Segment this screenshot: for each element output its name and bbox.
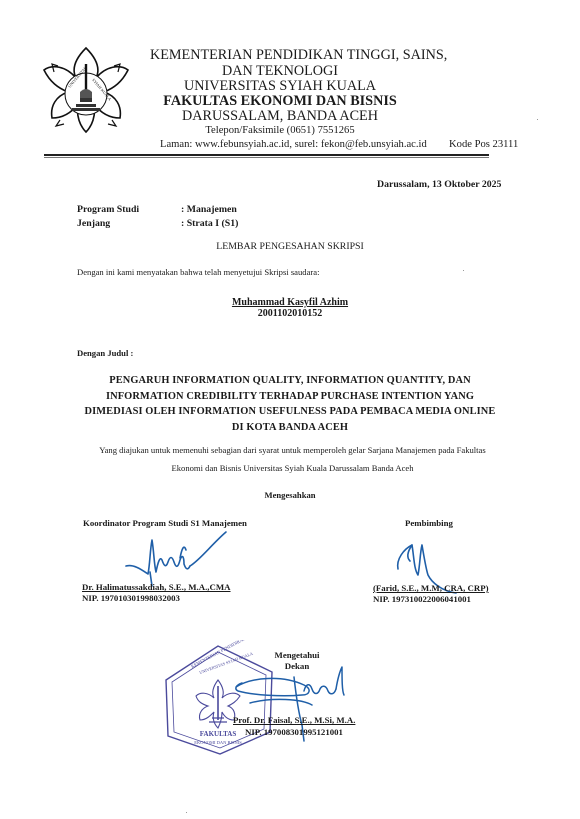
student-name: Muhammad Kasyfil Azhim xyxy=(0,297,580,308)
dean-acknowledge-label: Mengetahui xyxy=(255,650,339,660)
dean-name: Prof. Dr. Faisal, S.E., M.Si, M.A. xyxy=(233,715,355,725)
thesis-title: PENGARUH INFORMATION QUALITY, INFORMATIO… xyxy=(60,373,520,435)
advisor-name: (Farid, S.E., M.M, CRA, CRP) xyxy=(373,583,489,593)
coordinator-name: Dr. Halimatussakdiah, S.E., M.A.,CMA xyxy=(82,582,231,592)
thesis-title-line: PENGARUH INFORMATION QUALITY, INFORMATIO… xyxy=(60,373,520,389)
letterhead-university: UNIVERSITAS SYIAH KUALA xyxy=(150,79,410,93)
advisor-title: Pembimbing xyxy=(405,518,453,528)
document-date: Darussalam, 13 Oktober 2025 xyxy=(377,179,501,190)
coordinator-signature xyxy=(120,530,230,590)
thesis-title-line: DI KOTA BANDA ACEH xyxy=(60,420,520,436)
letterhead-location: DARUSSALAM, BANDA ACEH xyxy=(150,109,410,123)
scan-speck xyxy=(186,812,187,813)
stamp-faculty-text: FAKULTAS xyxy=(200,730,237,738)
scan-speck xyxy=(463,270,464,271)
thesis-purpose-line: Yang diajukan untuk memenuhi sebagian da… xyxy=(60,441,525,459)
student-nim: 2001102010152 xyxy=(0,308,580,319)
thesis-title-line: DIMEDIASI OLEH INFORMATION USEFULNESS PA… xyxy=(60,404,520,420)
thesis-title-line: INFORMATION CREDIBILITY TERHADAP PURCHAS… xyxy=(60,389,520,405)
thesis-title-label: Dengan Judul : xyxy=(77,348,133,358)
letterhead-divider-thin xyxy=(44,157,489,158)
signature-icon xyxy=(120,530,230,590)
university-flower-emblem-icon: UNIVERSITAS SYIAH KUALA xyxy=(40,44,132,134)
thesis-purpose: Yang diajukan untuk memenuhi sebagian da… xyxy=(60,441,525,477)
program-study-label: Program Studi xyxy=(77,204,139,215)
level-value: : Strata I (S1) xyxy=(181,218,238,229)
letterhead-web-email: Laman: www.febunsyiah.ac.id, surel: feko… xyxy=(160,139,430,150)
program-study-value: : Manajemen xyxy=(181,204,237,215)
letterhead-ministry-line2: DAN TEKNOLOGI xyxy=(150,64,410,78)
letterhead-phone: Telepon/Faksimile (0651) 7551265 xyxy=(150,126,410,137)
intro-statement: Dengan ini kami menyatakan bahwa telah m… xyxy=(77,267,319,277)
scan-speck xyxy=(537,119,538,120)
thesis-purpose-line: Ekonomi dan Bisnis Universitas Syiah Kua… xyxy=(60,459,525,477)
letterhead-faculty: FAKULTAS EKONOMI DAN BISNIS xyxy=(150,94,410,108)
letterhead-ministry-line1: KEMENTERIAN PENDIDIKAN TINGGI, SAINS, xyxy=(150,48,410,62)
letterhead-postal-code: Kode Pos 23111 xyxy=(449,139,518,150)
advisor-nip: NIP. 197310022006041001 xyxy=(373,594,471,604)
letterhead-divider xyxy=(44,154,489,156)
level-label: Jenjang xyxy=(77,218,110,229)
university-logo: UNIVERSITAS SYIAH KUALA xyxy=(40,44,132,134)
coordinator-nip: NIP. 197010301998032003 xyxy=(82,593,180,603)
coordinator-title: Koordinator Program Studi S1 Manajemen xyxy=(83,518,247,528)
approval-heading: Mengesahkan xyxy=(0,490,580,500)
document-title: LEMBAR PENGESAHAN SKRIPSI xyxy=(0,241,580,252)
dean-nip: NIP. 197008301995121001 xyxy=(245,727,343,737)
